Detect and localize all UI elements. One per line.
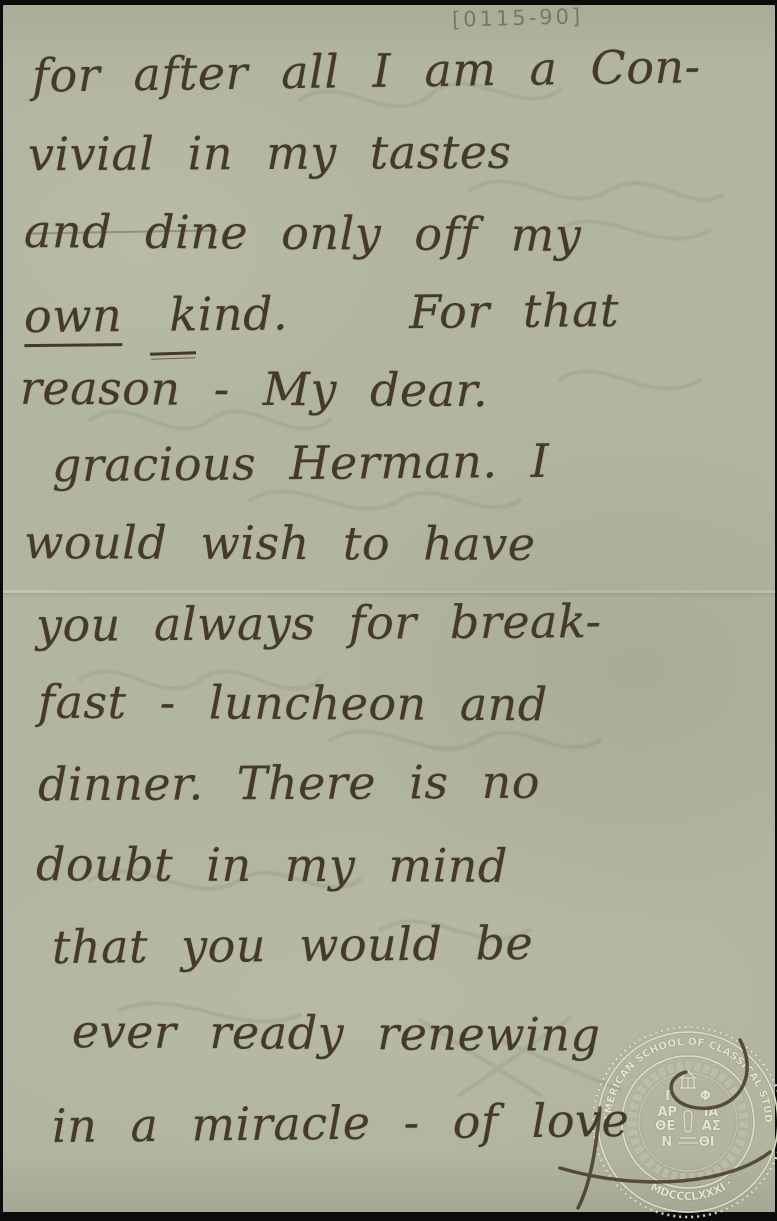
- letter-page: [0115-90] AMERICAN SCHOOL OF CLASSICAL S…: [0, 0, 777, 1221]
- ink-flourish: [0, 0, 777, 1221]
